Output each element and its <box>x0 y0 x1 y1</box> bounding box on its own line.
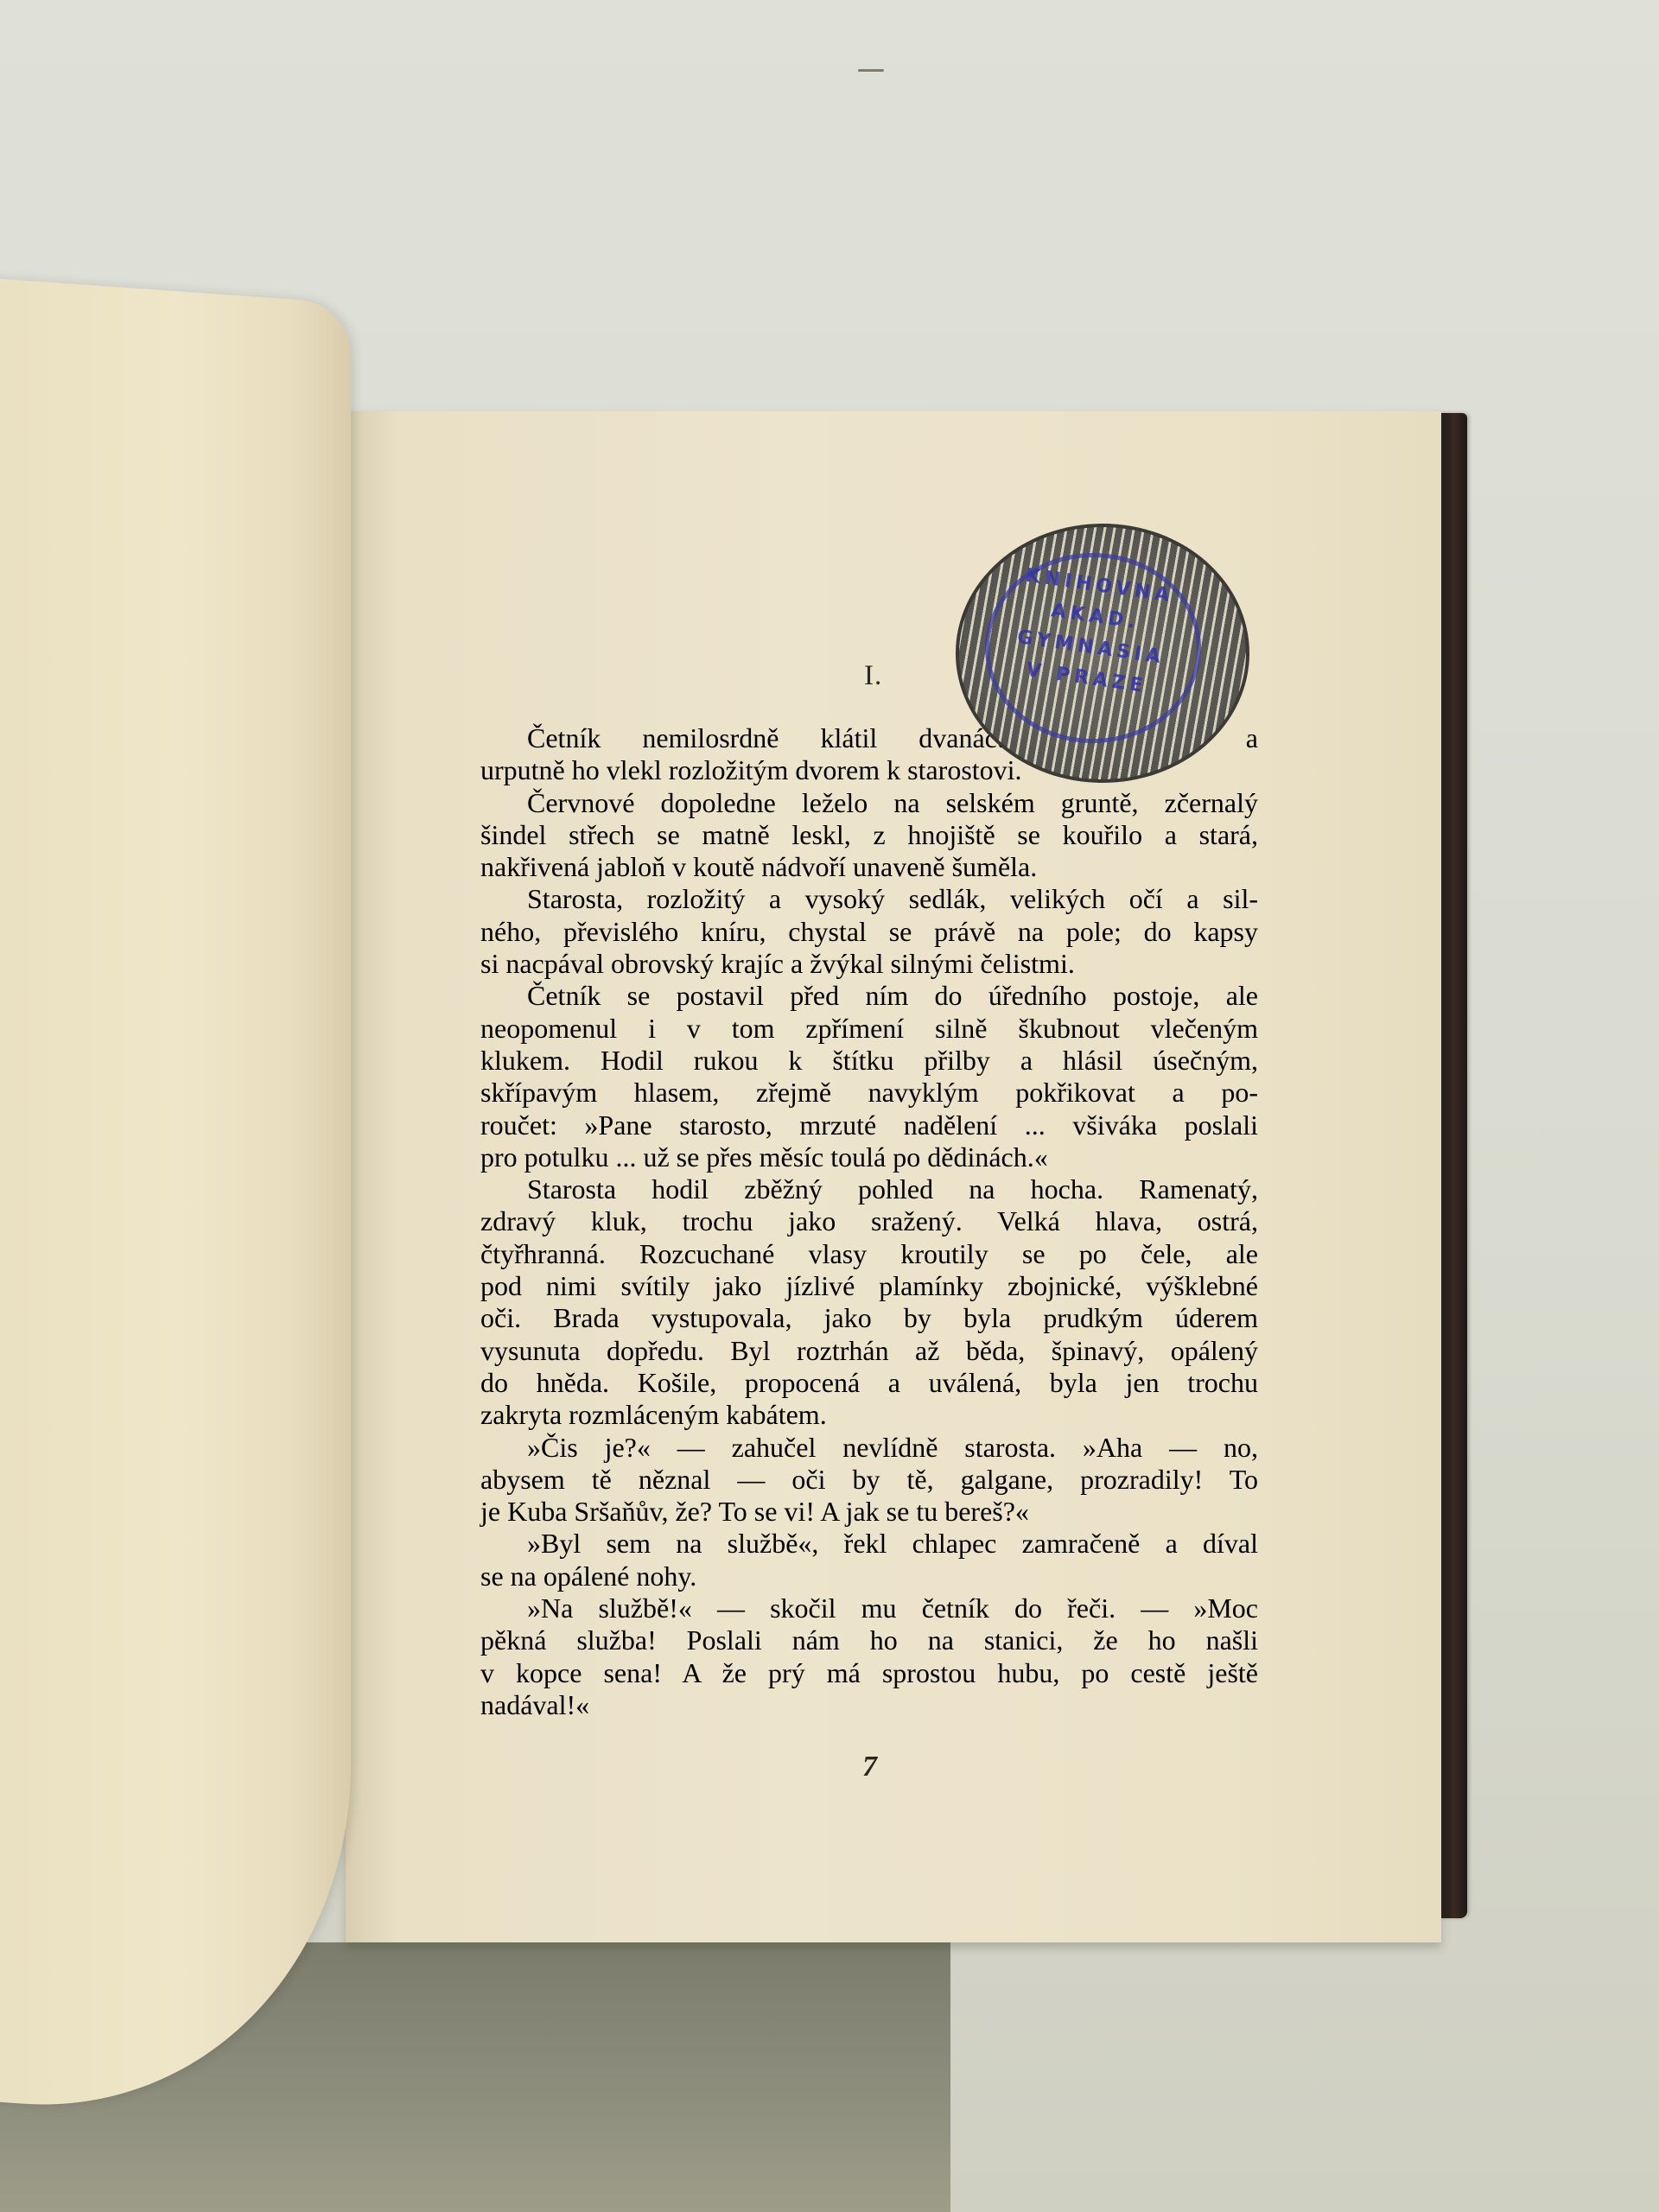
text-line: nakřivená jabloň v koutě nádvoří unaveně… <box>480 851 1258 883</box>
text-line: oči. Brada vystupovala, jako by byla pru… <box>480 1302 1258 1334</box>
text-line: čtyřhranná. Rozcuchané vlasy kroutily se… <box>480 1238 1258 1270</box>
text-line: ného, převislého kníru, chystal se právě… <box>480 916 1258 948</box>
chapter-heading: I. <box>864 660 882 692</box>
left-page <box>0 276 351 2126</box>
text-line: neopomenul i v tom zpřímení silně škubno… <box>480 1013 1258 1045</box>
text-line: abysem tě něznal — oči by tě, galgane, p… <box>480 1464 1258 1496</box>
text-line: »Byl sem na službě«, řekl chlapec zamrač… <box>480 1528 1258 1560</box>
text-line: roučet: »Pane starosto, mrzuté nadělení … <box>480 1109 1258 1141</box>
text-line: zakryta rozmláceným kabátem. <box>480 1399 1258 1431</box>
text-line: si nacpával obrovský krajíc a žvýkal sil… <box>480 948 1258 980</box>
background-speck <box>858 69 884 72</box>
text-line: Starosta hodil zběžný pohled na hocha. R… <box>480 1173 1258 1205</box>
text-line: zdravý kluk, trochu jako sražený. Velká … <box>480 1205 1258 1237</box>
text-line: Červnové dopoledne leželo na selském gru… <box>480 787 1258 819</box>
text-line: v kopce sena! A že prý má sprostou hubu,… <box>480 1657 1258 1689</box>
text-line: pro potulku ... už se přes měsíc toulá p… <box>480 1141 1258 1173</box>
text-line: nadával!« <box>480 1689 1258 1721</box>
text-line: »Na službě!« — skočil mu četník do řeči.… <box>480 1592 1258 1624</box>
text-line: vysunuta dopředu. Byl roztrhán až běda, … <box>480 1335 1258 1367</box>
page-number: 7 <box>862 1751 877 1783</box>
text-line: do hněda. Košile, propocená a uválená, b… <box>480 1367 1258 1399</box>
text-line: Četník se postavil před ním do úředního … <box>480 980 1258 1012</box>
text-line: pod nimi svítily jako jízlivé plamínky z… <box>480 1270 1258 1302</box>
book-photo-scene: I. Četník nemilosrdně klátil dvanáctilet… <box>0 0 1659 2212</box>
page-body-text: Četník nemilosrdně klátil dvanáctiletým … <box>480 722 1258 1721</box>
text-line: Starosta, rozložitý a vysoký sedlák, vel… <box>480 883 1258 915</box>
text-line: pěkná služba! Poslali nám ho na stanici,… <box>480 1624 1258 1656</box>
text-line: se na opálené nohy. <box>480 1560 1258 1592</box>
text-line: klukem. Hodil rukou k štítku přilby a hl… <box>480 1045 1258 1077</box>
text-line: »Čis je?« — zahučel nevlídně starosta. »… <box>480 1432 1258 1464</box>
text-line: je Kuba Sršaňův, že? To se vi! A jak se … <box>480 1496 1258 1528</box>
text-line: šindel střech se matně leskl, z hnojiště… <box>480 819 1258 851</box>
text-line: skřípavým hlasem, zřejmě navyklým pokřik… <box>480 1077 1258 1109</box>
